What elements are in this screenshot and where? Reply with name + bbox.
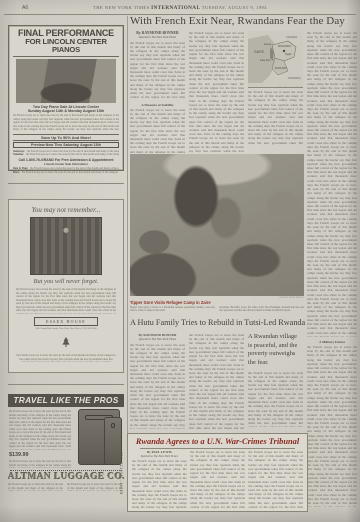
article2-column-3: A Rwandan village is peaceful, and the p… <box>248 333 303 430</box>
ad-luggage-ornament-line <box>10 470 122 471</box>
article2-column-1: By RAYMOND BONNER Special to The New Yor… <box>130 333 185 430</box>
ad-essex-logo: ESSEX HOUSE <box>34 317 98 326</box>
tribunal-text: the French troops are to leave the zone … <box>132 459 187 509</box>
ad-essex-line-2: But you will never forget. <box>16 278 116 285</box>
svg-text:ZAIRE: ZAIRE <box>254 50 265 54</box>
tribunal-byline-sub: Special to The New York Times <box>132 454 187 458</box>
ad-essex-line-1: You may not remember... <box>16 206 116 214</box>
svg-text:BURUNDI: BURUNDI <box>275 66 287 70</box>
svg-text:Goma: Goma <box>264 42 272 46</box>
ad-piano-preview-line: Preview Now Thru Saturday, August 13th <box>13 142 119 148</box>
ad-piano-row2-text: the French troops are to leave the zone … <box>26 153 119 157</box>
edge-code: EP4-811495L-J0EEN <box>119 452 123 495</box>
ad-piano-place-text: the French troops are to leave the zone … <box>22 171 119 175</box>
photo-grain <box>130 154 304 296</box>
svg-text:Kigali: Kigali <box>285 52 292 56</box>
ad-luggage-price-value: $139.99 <box>9 452 29 458</box>
ad-essex-body-text: the French troops are to leave the zone … <box>16 288 116 314</box>
article2-headline: A Hutu Family Tries to Rebuild in Tutsi-… <box>130 318 320 327</box>
ad-piano-save-line: Save Up To 50% And More! <box>13 134 119 141</box>
ad-luggage-price: $139.99 <box>9 452 29 458</box>
ad-piano-place-label: Place: <box>13 171 20 175</box>
tribunal-headline: Rwanda Agrees to a U.N. War-Crimes Tribu… <box>132 437 303 446</box>
ad-piano-title-2: FOR LINCOLN CENTER PIANOS <box>13 38 119 57</box>
tribunal-rule <box>140 448 295 449</box>
article2-pull-quote: A Rwandan village is peaceful, and the p… <box>248 333 303 368</box>
article1-column-1: By RAYMOND BONNER Special to The New Yor… <box>130 31 185 153</box>
masthead: THE NEW YORK TIMES INTERNATIONAL TUESDAY… <box>0 5 360 11</box>
ad-piano-row2-label: Yamahas: <box>13 153 24 157</box>
svg-text:RWANDA: RWANDA <box>278 44 291 48</box>
photo-caption-title: Tipper Gore Visits Refugee Camp in Zaire <box>130 300 304 305</box>
refugee-camp-photo <box>130 154 304 296</box>
article1-text: the French troops are to leave the zone … <box>307 31 357 337</box>
tribunal-column-1: By PAUL LEWIS Special to The New York Ti… <box>132 450 187 510</box>
ad-luggage-fineprint: the French troops are to leave the zone … <box>9 460 71 468</box>
svg-text:UGANDA: UGANDA <box>286 35 297 39</box>
masthead-date: TUESDAY, AUGUST 9, 1994 <box>202 5 267 10</box>
ad-piano-sale-line-2: Sunday August 14th & Monday August 15th <box>13 109 119 113</box>
map-credit: The New York Times <box>248 87 303 89</box>
photo-caption-right: operation. But Mrs. Gore, the wife of th… <box>219 306 304 317</box>
ad-luggage-brand: ALTMAN LUGGAGE CO. <box>8 472 124 482</box>
article1-column-3: ZAIRE RWANDA UGANDA Kigali BURUNDI TANZA… <box>248 31 303 153</box>
article2-subhead: A Military Future <box>307 340 357 344</box>
ad-essex-photo <box>30 217 102 275</box>
ad-altman-luggage[interactable]: TRAVEL LIKE THE PROS the French troops a… <box>8 394 124 502</box>
masthead-section: INTERNATIONAL <box>151 5 200 11</box>
ad-luggage-banner: TRAVEL LIKE THE PROS <box>8 394 124 407</box>
article1-subhead: A Measure of Stability <box>130 103 185 107</box>
ad-essex-house[interactable]: You may not remember... But you will nev… <box>8 199 124 373</box>
ad-lincoln-center-pianos[interactable]: FINAL PERFORMANCE FOR LINCOLN CENTER PIA… <box>8 25 124 171</box>
rwanda-map: ZAIRE RWANDA UGANDA Kigali BURUNDI TANZA… <box>248 31 303 87</box>
ad-piano-info-line: Lincoln Center Sale Information <box>13 162 119 166</box>
ad-essex-address: 160 Central Park South, New York, New Yo… <box>16 327 116 330</box>
rail-divider-2 <box>8 384 124 385</box>
article1-column-4: the French troops are to leave the zone … <box>307 31 357 512</box>
article1-text: the French troops are to leave the zone … <box>130 41 185 101</box>
ad-essex-footer-text: the French troops are to leave the zone … <box>16 354 116 362</box>
ad-piano-photo <box>16 59 116 103</box>
ad-luggage-footer-right: the French troops are to leave the zone … <box>67 483 122 491</box>
article2-column-2: the French troops are to leave the zone … <box>189 333 244 430</box>
article1-headline: With French Exit Near, Rwandans Fear the… <box>130 15 358 27</box>
ad-essex-tree-icon <box>16 334 116 352</box>
ad-piano-body-text: the French troops are to leave the zone … <box>13 114 119 132</box>
tribunal-article-box: Rwanda Agrees to a U.N. War-Crimes Tribu… <box>127 433 308 512</box>
article1-byline-sub: Special to The New York Times <box>130 35 185 39</box>
article1-text: the French troops are to leave the zone … <box>130 108 185 154</box>
article2-byline-sub: Special to The New York Times <box>130 337 185 341</box>
article1-text: the French troops are to leave the zone … <box>248 90 303 146</box>
photo-credit: ASSOCIATED PRESS <box>130 297 304 299</box>
ad-luggage-body-text: the French troops are to leave the zone … <box>9 410 71 450</box>
tribunal-column-3: the French troops are to leave the zone … <box>248 450 303 510</box>
masthead-paper: THE NEW YORK TIMES <box>93 5 150 10</box>
svg-text:TANZANIA: TANZANIA <box>288 76 301 80</box>
photo-caption-left: Tipper Gore gave a boost to a Rwandan re… <box>130 306 215 317</box>
article2-text: the French troops are to leave the zone … <box>307 345 357 507</box>
article1-column-2: the French troops are to leave the zone … <box>189 31 244 153</box>
newspaper-page: A6 THE NEW YORK TIMES INTERNATIONAL TUES… <box>0 0 360 522</box>
article2-text: the French troops are to leave the zone … <box>130 343 185 429</box>
rail-divider-1 <box>8 183 124 184</box>
svg-text:Lake Kivu: Lake Kivu <box>260 59 271 62</box>
article2-text: the French troops are to leave the zone … <box>248 371 303 427</box>
tribunal-column-2: the French troops are to leave the zone … <box>190 450 245 510</box>
ad-luggage-footer-left: the French troops are to leave the zone … <box>8 483 63 491</box>
